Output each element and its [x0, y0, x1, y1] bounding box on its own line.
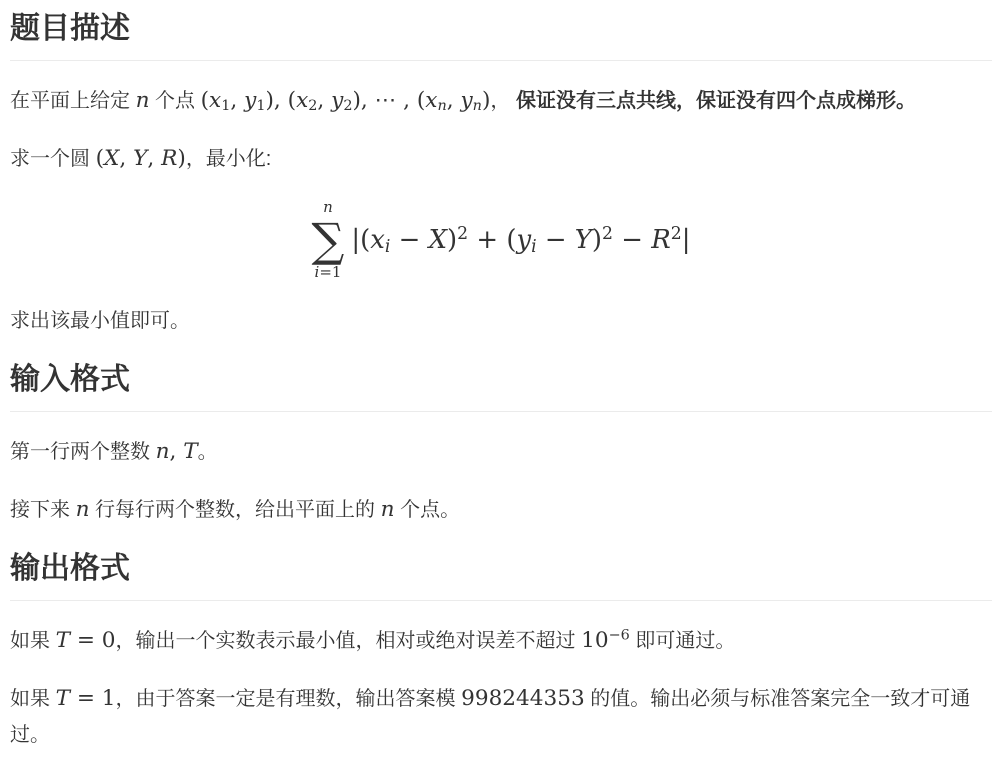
description-paragraph-circle: 求一个圆 (X, Y, R)，最小化: — [10, 141, 992, 177]
sigma-icon: ∑ — [312, 216, 345, 264]
output-paragraph-t0: 如果 T = 0，输出一个实数表示最小值，相对或绝对误差不超过 10−6 即可通… — [10, 623, 992, 659]
problem-statement: 题目描述 在平面上给定 n 个点 (x1, y1), (x2, y2), ⋯ ,… — [10, 10, 992, 753]
input-paragraph-next-lines: 接下来 n 行每行两个整数，给出平面上的 n 个点。 — [10, 492, 992, 528]
section-heading-output: 输出格式 — [10, 550, 992, 601]
output-paragraph-t1: 如果 T = 1，由于答案一定是有理数，输出答案模 998244353 的值。输… — [10, 681, 992, 753]
sum-lower-limit: i=1 — [315, 264, 342, 281]
objective-formula: n ∑ i=1 |(xi − X)2 + (yi − Y)2 − R2| — [10, 199, 992, 281]
section-heading-input: 输入格式 — [10, 361, 992, 412]
summation-symbol: n ∑ i=1 — [312, 199, 345, 281]
section-heading-description: 题目描述 — [10, 10, 992, 61]
input-paragraph-first-line: 第一行两个整数 n, T。 — [10, 434, 992, 470]
description-paragraph-points: 在平面上给定 n 个点 (x1, y1), (x2, y2), ⋯ , (xn,… — [10, 83, 992, 119]
formula-expression: |(xi − X)2 + (yi − Y)2 − R2| — [351, 224, 690, 256]
description-paragraph-goal: 求出该最小值即可。 — [10, 303, 992, 339]
